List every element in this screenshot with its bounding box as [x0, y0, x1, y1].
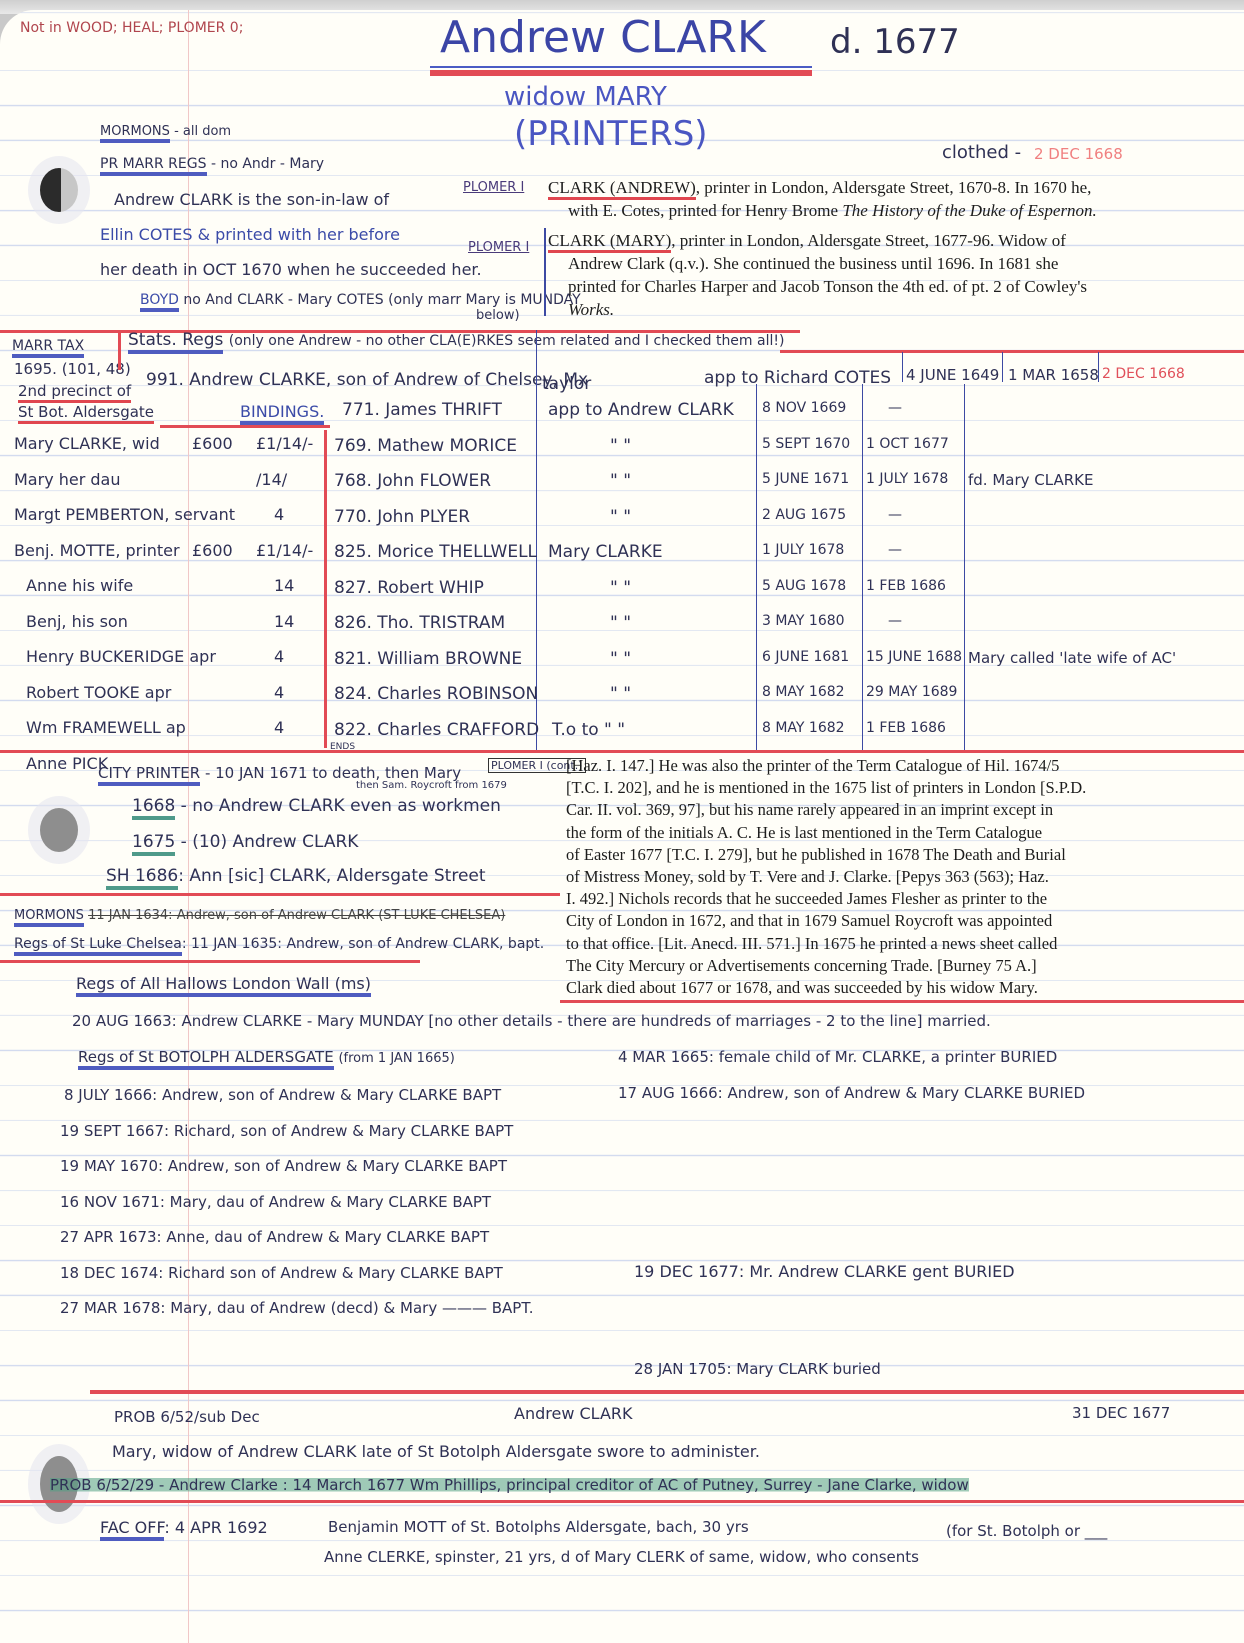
- binding-apprentice: 770. John PLYER: [334, 507, 470, 527]
- st-botolph-label: Regs of St BOTOLPH ALDERSGATE: [78, 1048, 334, 1070]
- binding-apprentice: 822. Charles CRAFFORD: [334, 720, 539, 740]
- margin-line: [188, 10, 189, 1643]
- plomer-cont-line: to that office. [Lit. Anecd. III. 571.] …: [566, 934, 1057, 954]
- binding-master: " ": [610, 471, 631, 491]
- marr-tax-estate: £600: [192, 541, 233, 560]
- precinct-line2: St Bot. Aldersgate: [18, 403, 154, 424]
- col-divider: [1002, 352, 1003, 382]
- plomer-name-andrew: CLARK (ANDREW): [548, 178, 696, 200]
- binding-bound-date: 6 JUNE 1681: [762, 649, 849, 665]
- binding-bound-date: 1 JULY 1678: [762, 542, 844, 558]
- precinct-line1: 2nd precinct of: [18, 382, 131, 403]
- binding-bound-date: 8 NOV 1669: [762, 400, 846, 416]
- note-line-3: her death in OCT 1670 when he succeeded …: [100, 260, 482, 279]
- prob29-text: PROB 6/52/29 - Andrew Clarke : 14 March …: [50, 1476, 969, 1494]
- divider-probate: [90, 1390, 1244, 1394]
- binding-freed-date: —: [888, 400, 902, 416]
- marr-tax-name: Anne PICK: [26, 754, 108, 773]
- category: (PRINTERS): [514, 114, 708, 154]
- plomer-cont-line: [T.C. I. 202], and he is mentioned in th…: [566, 778, 1086, 798]
- divider-stats-right: [780, 350, 1244, 353]
- binding-bound-date: 3 MAY 1680: [762, 613, 845, 629]
- plomer-cont-line: City of London in 1672, and that in 1679…: [566, 911, 1052, 931]
- binding-freed-date: —: [888, 542, 902, 558]
- marr-tax-estate: £600: [192, 434, 233, 453]
- fac-off-date: : 4 APR 1692: [164, 1518, 267, 1537]
- plomer-mary-line4: Works.: [568, 300, 614, 320]
- divider-vertical: [324, 430, 327, 748]
- binding-bound-date: 8 MAY 1682: [762, 720, 845, 736]
- binding-freed-date: 1 FEB 1686: [866, 578, 946, 594]
- pr-marr-regs-label: PR MARR REGS: [100, 156, 207, 176]
- page-title: Andrew CLARK: [440, 12, 766, 63]
- binding-freed-date: 15 JUNE 1688: [866, 649, 962, 665]
- marr-tax-name: Benj, his son: [26, 612, 128, 631]
- binding-apprentice: 771. James THRIFT: [342, 400, 502, 420]
- st-luke-label: Regs of St Luke Chelsea: [14, 936, 182, 956]
- marr-tax-amount: 4: [274, 683, 284, 702]
- binding-freed-date: 29 MAY 1689: [866, 684, 957, 700]
- col-divider: [902, 352, 903, 382]
- note-line-1: Andrew CLARK is the son-in-law of: [114, 190, 389, 209]
- plomer-andrew-line1: , printer in London, Aldersgate Street, …: [696, 178, 1092, 197]
- binding-master: " ": [610, 578, 631, 598]
- sh-1686-text: : Ann [sic] CLARK, Aldersgate Street: [178, 866, 485, 886]
- plomer-cont-line: Clark died about 1677 or 1678, and was s…: [566, 978, 1038, 998]
- binding-master: " ": [610, 613, 631, 633]
- burial-1: 4 MAR 1665: female child of Mr. CLARKE, …: [618, 1048, 1057, 1066]
- probate-ref: PROB 6/52/sub Dec: [114, 1408, 260, 1426]
- marr-tax-name: Benj. MOTTE, printer: [14, 541, 180, 560]
- death-date: d. 1677: [830, 22, 960, 62]
- binding-apprentice: 826. Tho. TRISTRAM: [334, 613, 505, 633]
- year-1668-text: - no Andrew CLARK even as workmen: [181, 796, 501, 816]
- baptism-entry: 27 MAR 1678: Mary, dau of Andrew (decd) …: [60, 1299, 533, 1317]
- binding-bound-date: 5 SEPT 1670: [762, 436, 850, 452]
- stats-regs-note: (only one Andrew - no other CLA(E)RKES s…: [229, 333, 785, 349]
- marr-tax-amount: /14/: [256, 470, 287, 489]
- binding-apprentice: 827. Robert WHIP: [334, 578, 484, 598]
- binding-bound-date: 8 MAY 1682: [762, 684, 845, 700]
- binding-apprentice: 821. William BROWNE: [334, 649, 522, 669]
- entry-bound: 4 JUNE 1649: [906, 366, 999, 384]
- fac-off-aside: (for St. Botolph or ___: [946, 1522, 1107, 1540]
- binding-master: " ": [610, 507, 631, 527]
- city-printer-heading: CITY PRINTER: [98, 764, 200, 786]
- plomer-mary-line1: , printer in London, Aldersgate Street, …: [671, 231, 1066, 250]
- title-underline-blue: [430, 66, 812, 68]
- burial-2: 17 AUG 1666: Andrew, son of Andrew & Mar…: [618, 1084, 1085, 1102]
- plomer-cont-line: of Mistress Money, sold by T. Vere and J…: [566, 867, 1049, 887]
- marr-tax-amount: £1/14/-: [256, 434, 313, 453]
- mormons2-label: MORMONS: [14, 908, 84, 927]
- binding-note: fd. Mary CLARKE: [968, 471, 1093, 489]
- marr-tax-amount: £1/14/-: [256, 541, 313, 560]
- entry-freed: 1 MAR 1658: [1008, 366, 1099, 384]
- entry-clothed: 2 DEC 1668: [1102, 366, 1185, 382]
- binding-apprentice: 769. Mathew MORICE: [334, 436, 517, 456]
- probate-text: Mary, widow of Andrew CLARK late of St B…: [112, 1442, 760, 1461]
- baptism-entry: 18 DEC 1674: Richard son of Andrew & Mar…: [60, 1264, 503, 1282]
- entry-num: 991.: [146, 370, 184, 390]
- boyd-below: below): [476, 308, 520, 323]
- binding-freed-date: —: [888, 507, 902, 523]
- plomer-mary-line3: printed for Charles Harper and Jacob Ton…: [568, 277, 1087, 297]
- marr-tax-amount: 4: [274, 647, 284, 666]
- curve-divider-top: [118, 330, 121, 370]
- sh-1686: SH 1686: [106, 866, 178, 890]
- plomer-cont-line: The City Mercury or Advertisements conce…: [566, 956, 1037, 976]
- burial-3: 19 DEC 1677: Mr. Andrew CLARKE gent BURI…: [634, 1262, 1015, 1281]
- year-1675: 1675: [132, 832, 175, 856]
- plomer-cont-line: the form of the initials A. C. He is las…: [566, 823, 1042, 843]
- baptism-entry: 27 APR 1673: Anne, dau of Andrew & Mary …: [60, 1228, 489, 1246]
- mormons-note: - all dom: [174, 124, 231, 139]
- binding-freed-date: —: [888, 613, 902, 629]
- plomer-cont-line: of Easter 1677 [T.C. I. 279], but he pub…: [566, 845, 1066, 865]
- binding-master: " ": [610, 649, 631, 669]
- marr-tax-name: Margt PEMBERTON, servant: [14, 505, 235, 524]
- baptism-entry: 8 JULY 1666: Andrew, son of Andrew & Mar…: [64, 1086, 501, 1104]
- st-botolph-note: (from 1 JAN 1665): [338, 1051, 454, 1066]
- fac-off-line2: Anne CLERKE, spinster, 21 yrs, d of Mary…: [324, 1548, 919, 1566]
- plomer-name-mary: CLARK (MARY): [548, 231, 671, 253]
- marr-tax-amount: 4: [274, 505, 284, 524]
- curve-divider-mid: [160, 425, 330, 428]
- plomer-andrew-book-title: The History of the Duke of Espernon.: [842, 201, 1097, 220]
- binding-apprentice: 824. Charles ROBINSON: [334, 684, 538, 704]
- baptism-entry: 19 SEPT 1667: Richard, son of Andrew & M…: [60, 1122, 513, 1140]
- binding-freed-date: 1 JULY 1678: [866, 471, 948, 487]
- plomer-cont-line: [Haz. I. 147.] He was also the printer o…: [566, 756, 1059, 776]
- marr-tax-amount: 14: [274, 612, 294, 631]
- binding-master: Mary CLARKE: [548, 542, 663, 562]
- subtitle: widow MARY: [504, 82, 667, 112]
- col-divider-bound: [756, 384, 757, 750]
- divider-all-hallows-right: [560, 1000, 1244, 1003]
- mormons2-struck: 11 JAN 1634: Andrew, son of Andrew CLARK…: [88, 908, 505, 923]
- plomer-ref-2: PLOMER I: [468, 240, 529, 255]
- entry-trade: taylor: [542, 374, 591, 394]
- binding-master: " ": [610, 684, 631, 704]
- marr-tax-name: Robert TOOKE apr: [26, 683, 171, 702]
- pr-marr-note: - no Andr - Mary: [211, 156, 324, 172]
- marr-tax-name: Mary her dau: [14, 470, 121, 489]
- fac-off-line1: Benjamin MOTT of St. Botolphs Aldersgate…: [328, 1518, 749, 1536]
- plomer-andrew-line2: with E. Cotes, printed for Henry Brome: [568, 201, 842, 220]
- boyd-label: BOYD: [140, 292, 179, 312]
- burial-4: 28 JAN 1705: Mary CLARK buried: [634, 1360, 881, 1378]
- clothed-date: 2 DEC 1668: [1034, 145, 1123, 163]
- binding-apprentice: 768. John FLOWER: [334, 471, 491, 491]
- bindings-label: BINDINGS.: [240, 402, 324, 425]
- binding-bound-date: 2 AUG 1675: [762, 507, 846, 523]
- binding-apprentice: 825. Morice THELLWELL: [334, 542, 537, 562]
- binding-master: " ": [610, 436, 631, 456]
- marr-tax-amount: 14: [274, 576, 294, 595]
- year-1675-text: - (10) Andrew CLARK: [181, 832, 359, 852]
- clothed-label: clothed -: [942, 142, 1021, 163]
- divider-all-hallows: [0, 960, 420, 963]
- marr-tax-name: Mary CLARKE, wid: [14, 434, 160, 453]
- stats-regs-heading: Stats. Regs: [128, 330, 223, 354]
- plomer-mary-line2: Andrew Clark (q.v.). She continued the b…: [568, 254, 1058, 274]
- col-divider: [1098, 352, 1099, 382]
- sources-note: Not in WOOD; HEAL; PLOMER 0;: [20, 20, 243, 36]
- probate-date: 31 DEC 1677: [1072, 1404, 1170, 1422]
- punch-hole-top: [40, 168, 78, 212]
- binding-freed-date: 1 FEB 1686: [866, 720, 946, 736]
- plomer-cont-line: Car. II. vol. 369, 97], but his name rar…: [566, 800, 1053, 820]
- marr-tax-heading: MARR TAX: [12, 338, 84, 358]
- divider-city-printer: [0, 750, 1244, 753]
- title-underline-red: [430, 70, 812, 76]
- binding-bound-date: 5 AUG 1678: [762, 578, 846, 594]
- entry-name: Andrew CLARKE, son of Andrew of Chelsey,…: [189, 370, 588, 390]
- st-luke-text: : 11 JAN 1635: Andrew, son of Andrew CLA…: [182, 936, 544, 952]
- col-divider-note: [964, 384, 965, 750]
- all-hallows-entry: 20 AUG 1663: Andrew CLARKE - Mary MUNDAY…: [72, 1012, 991, 1030]
- col-divider-freed: [862, 384, 863, 750]
- binding-master: app to Andrew CLARK: [548, 400, 734, 420]
- plomer-cont-line: I. 492.] Nichols records that he succeed…: [566, 889, 1047, 909]
- probate-name: Andrew CLARK: [514, 1404, 633, 1423]
- punch-hole-middle: [40, 808, 78, 852]
- note-line-2: Ellin COTES & printed with her before: [100, 225, 400, 244]
- binding-bound-date: 5 JUNE 1671: [762, 471, 849, 487]
- marr-tax-name: Wm FRAMEWELL ap: [26, 718, 186, 737]
- baptism-entry: 16 NOV 1671: Mary, dau of Andrew & Mary …: [60, 1193, 491, 1211]
- plomer-ref-1: PLOMER I: [463, 180, 524, 195]
- all-hallows-label: Regs of All Hallows London Wall (ms): [76, 974, 371, 997]
- marr-tax-name: Henry BUCKERIDGE apr: [26, 647, 216, 666]
- year-1668: 1668: [132, 796, 175, 820]
- marr-tax-ref: 1695. (101, 48): [14, 360, 131, 378]
- marr-tax-amount: 4: [274, 718, 284, 737]
- fac-off-label: FAC OFF: [100, 1518, 164, 1541]
- bracket: [544, 228, 546, 316]
- roycroft-note: then Sam. Roycroft from 1679: [356, 780, 507, 791]
- divider-fac-off: [0, 1500, 1244, 1503]
- divider-mormons: [0, 893, 560, 896]
- binding-master: T.o to " ": [552, 720, 625, 740]
- binding-freed-date: 1 OCT 1677: [866, 436, 949, 452]
- mormons-label: MORMONS: [100, 124, 170, 143]
- baptism-entry: 19 MAY 1670: Andrew, son of Andrew & Mar…: [60, 1157, 507, 1175]
- marr-tax-name: Anne his wife: [26, 576, 133, 595]
- binding-note: Mary called 'late wife of AC': [968, 649, 1176, 667]
- boyd-note: no And CLARK - Mary COTES (only marr Mar…: [183, 292, 580, 308]
